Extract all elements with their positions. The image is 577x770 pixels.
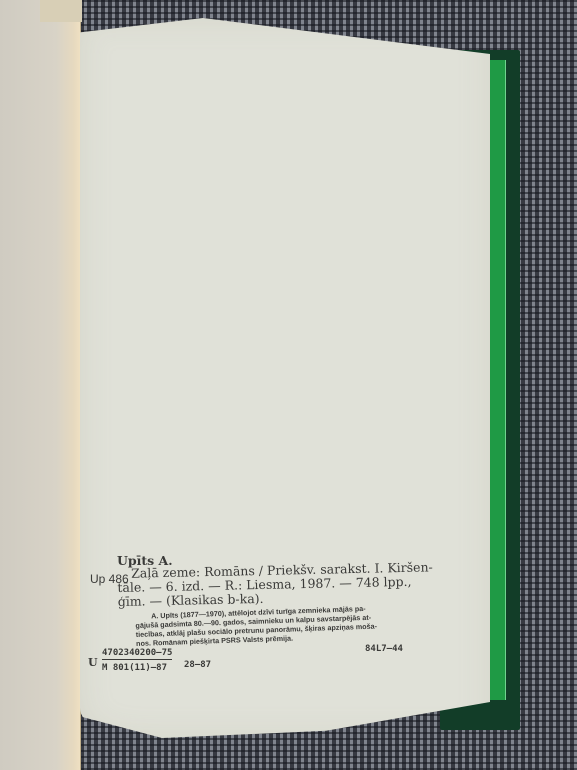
green-cover-edge (488, 60, 506, 700)
catalog-card: Up 486 Upīts A. Zaļā zeme: Romāns / Prie… (80, 0, 490, 770)
isbn-code: 28—87 (184, 660, 211, 670)
left-page-corner (40, 0, 82, 22)
bbk-classification: 84L7—44 (365, 644, 403, 654)
abstract: A. Upīts (1877—1970), attēlojot dzīvi tu… (135, 601, 456, 648)
isbn-denominator: M 801(11)—87 (102, 663, 167, 673)
left-page (0, 0, 81, 770)
isbn-prefix: U (88, 656, 98, 669)
isbn-numerator: 4702340200—75 (102, 648, 172, 660)
